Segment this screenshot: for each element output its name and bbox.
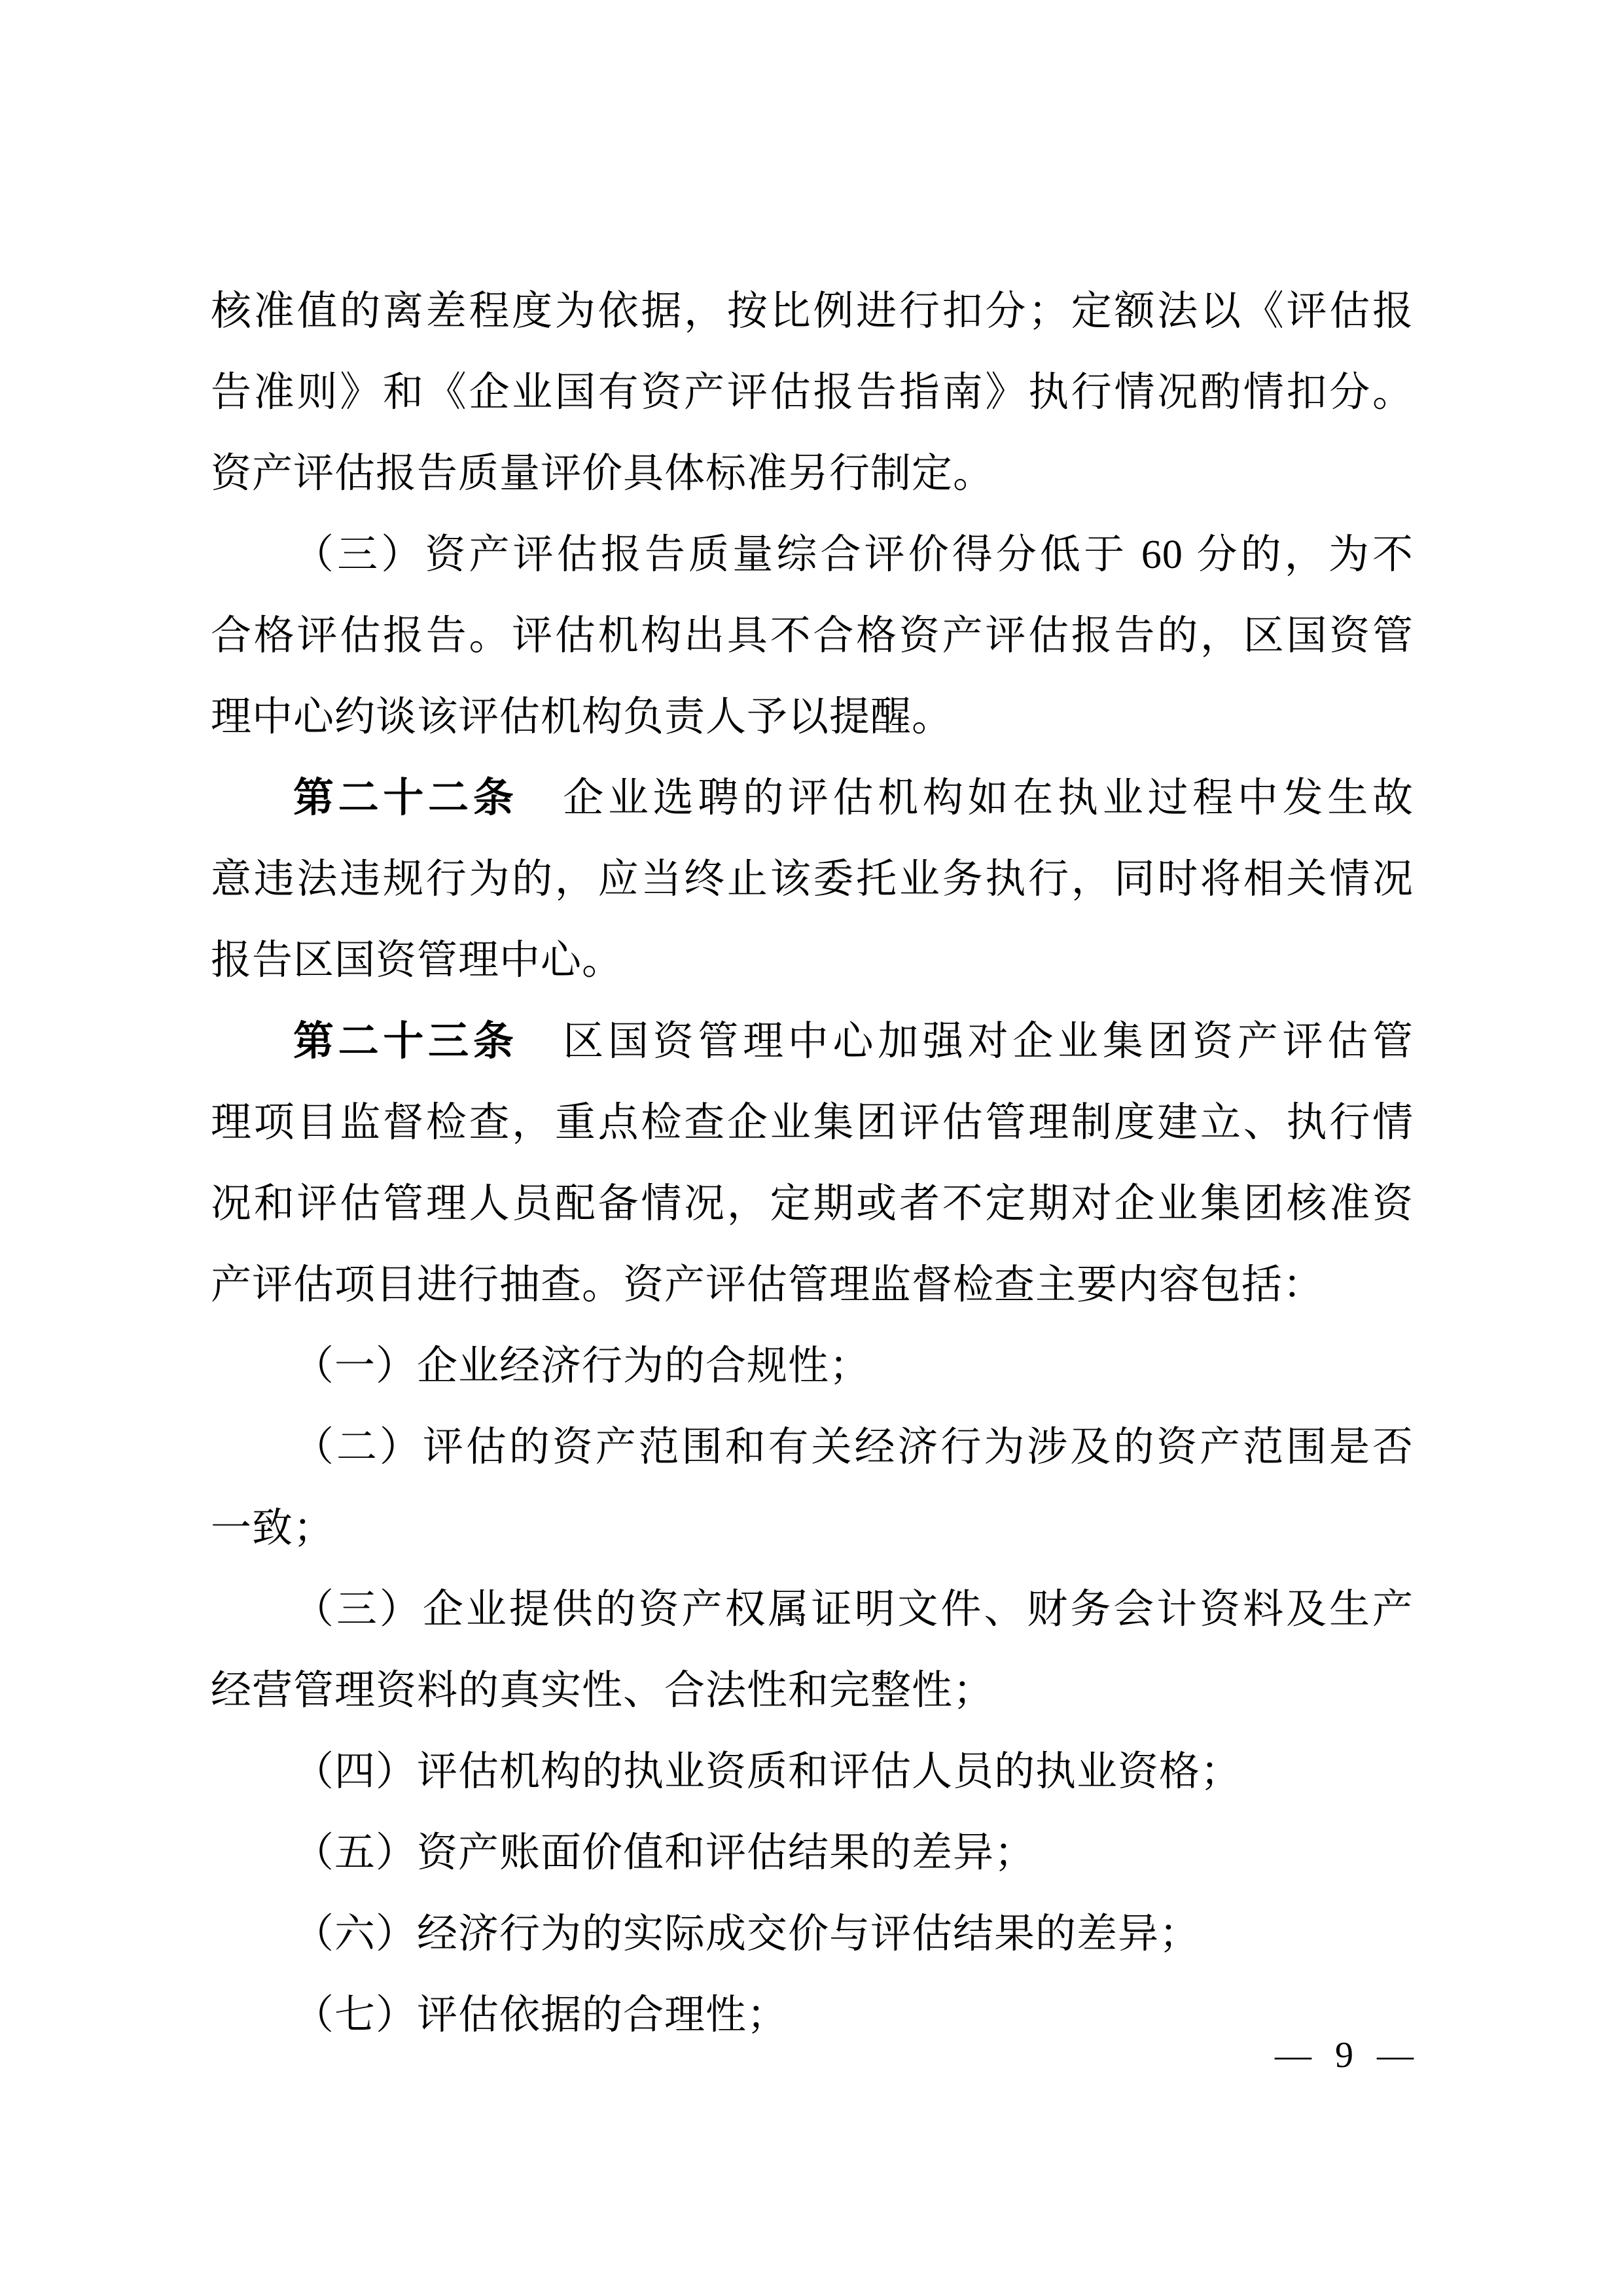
text-line: （一）企业经济行为的合规性； <box>211 1326 1414 1407</box>
text-segment: （四）评估机构的执业资质和评估人员的执业资格； <box>293 1750 1241 1794</box>
text-line: （三）资产评估报告质量综合评价得分低于 60 分的，为不 <box>211 514 1414 595</box>
text-segment: 合格评估报告。评估机构出具不合格资产评估报告的，区国资管 <box>211 614 1414 658</box>
text-segment: 理项目监督检查，重点检查企业集团评估管理制度建立、执行情 <box>211 1101 1414 1145</box>
text-line: （六）经济行为的实际成交价与评估结果的差异； <box>211 1894 1414 1975</box>
text-segment: （二）评估的资产范围和有关经济行为涉及的资产范围是否 <box>293 1425 1414 1470</box>
text-segment: 企业选聘的评估机构如在执业过程中发生故 <box>518 776 1414 821</box>
text-line: 理项目监督检查，重点检查企业集团评估管理制度建立、执行情 <box>211 1082 1414 1163</box>
text-segment: （七）评估依据的合理性； <box>293 1993 788 2038</box>
text-segment: 核准值的离差程度为依据，按比例进行扣分；定额法以《评估报 <box>211 289 1414 334</box>
text-line: 核准值的离差程度为依据，按比例进行扣分；定额法以《评估报 <box>211 271 1414 352</box>
text-line: （二）评估的资产范围和有关经济行为涉及的资产范围是否 <box>211 1407 1414 1488</box>
text-line: （五）资产账面价值和评估结果的差异； <box>211 1812 1414 1894</box>
text-line: 产评估项目进行抽查。资产评估管理监督检查主要内容包括： <box>211 1245 1414 1326</box>
text-segment: （六）经济行为的实际成交价与评估结果的差异； <box>293 1912 1200 1956</box>
text-line: 意违法违规行为的，应当终止该委托业务执行，同时将相关情况 <box>211 839 1414 920</box>
text-segment: 经营管理资料的真实性、合法性和完整性； <box>211 1669 994 1713</box>
text-line: （三）企业提供的资产权属证明文件、财务会计资料及生产 <box>211 1569 1414 1650</box>
page-number: — 9 — <box>1275 2032 1414 2078</box>
text-segment: 意违法违规行为的，应当终止该委托业务执行，同时将相关情况 <box>211 857 1414 902</box>
text-line: 资产评估报告质量评价具体标准另行制定。 <box>211 433 1414 514</box>
text-line: 理中心约谈该评估机构负责人予以提醒。 <box>211 677 1414 758</box>
text-segment: 资产评估报告质量评价具体标准另行制定。 <box>211 451 994 496</box>
text-line: （四）评估机构的执业资质和评估人员的执业资格； <box>211 1731 1414 1812</box>
text-line: 告准则》和《企业国有资产评估报告指南》执行情况酌情扣分。 <box>211 352 1414 433</box>
text-segment: （一）企业经济行为的合规性； <box>293 1344 870 1388</box>
text-line: 第二十二条 企业选聘的评估机构如在执业过程中发生故 <box>211 758 1414 839</box>
text-segment: 一致； <box>211 1506 334 1551</box>
text-segment: （三）资产评估报告质量综合评价得分低于 60 分的，为不 <box>293 533 1414 577</box>
text-line: 报告区国资管理中心。 <box>211 920 1414 1001</box>
text-line: 合格评估报告。评估机构出具不合格资产评估报告的，区国资管 <box>211 595 1414 677</box>
text-line: 一致； <box>211 1488 1414 1569</box>
text-segment: 理中心约谈该评估机构负责人予以提醒。 <box>211 695 953 739</box>
text-line: 第二十三条 区国资管理中心加强对企业集团资产评估管 <box>211 1001 1414 1082</box>
text-segment: （五）资产账面价值和评估结果的差异； <box>293 1831 1035 1875</box>
text-line: 况和评估管理人员配备情况，定期或者不定期对企业集团核准资 <box>211 1163 1414 1245</box>
text-line: 经营管理资料的真实性、合法性和完整性； <box>211 1650 1414 1731</box>
text-segment: 报告区国资管理中心。 <box>211 938 623 983</box>
article-number: 第二十二条 <box>293 775 518 821</box>
text-line: （七）评估依据的合理性； <box>211 1975 1414 2056</box>
document-page: 核准值的离差程度为依据，按比例进行扣分；定额法以《评估报告准则》和《企业国有资产… <box>0 0 1623 2296</box>
text-segment: 告准则》和《企业国有资产评估报告指南》执行情况酌情扣分。 <box>211 370 1414 415</box>
document-body: 核准值的离差程度为依据，按比例进行扣分；定额法以《评估报告准则》和《企业国有资产… <box>211 271 1414 2056</box>
text-segment: 况和评估管理人员配备情况，定期或者不定期对企业集团核准资 <box>211 1182 1414 1226</box>
text-segment: 区国资管理中心加强对企业集团资产评估管 <box>518 1019 1414 1064</box>
text-segment: （三）企业提供的资产权属证明文件、财务会计资料及生产 <box>293 1587 1414 1632</box>
article-number: 第二十三条 <box>293 1019 518 1064</box>
text-segment: 产评估项目进行抽查。资产评估管理监督检查主要内容包括： <box>211 1263 1324 1307</box>
